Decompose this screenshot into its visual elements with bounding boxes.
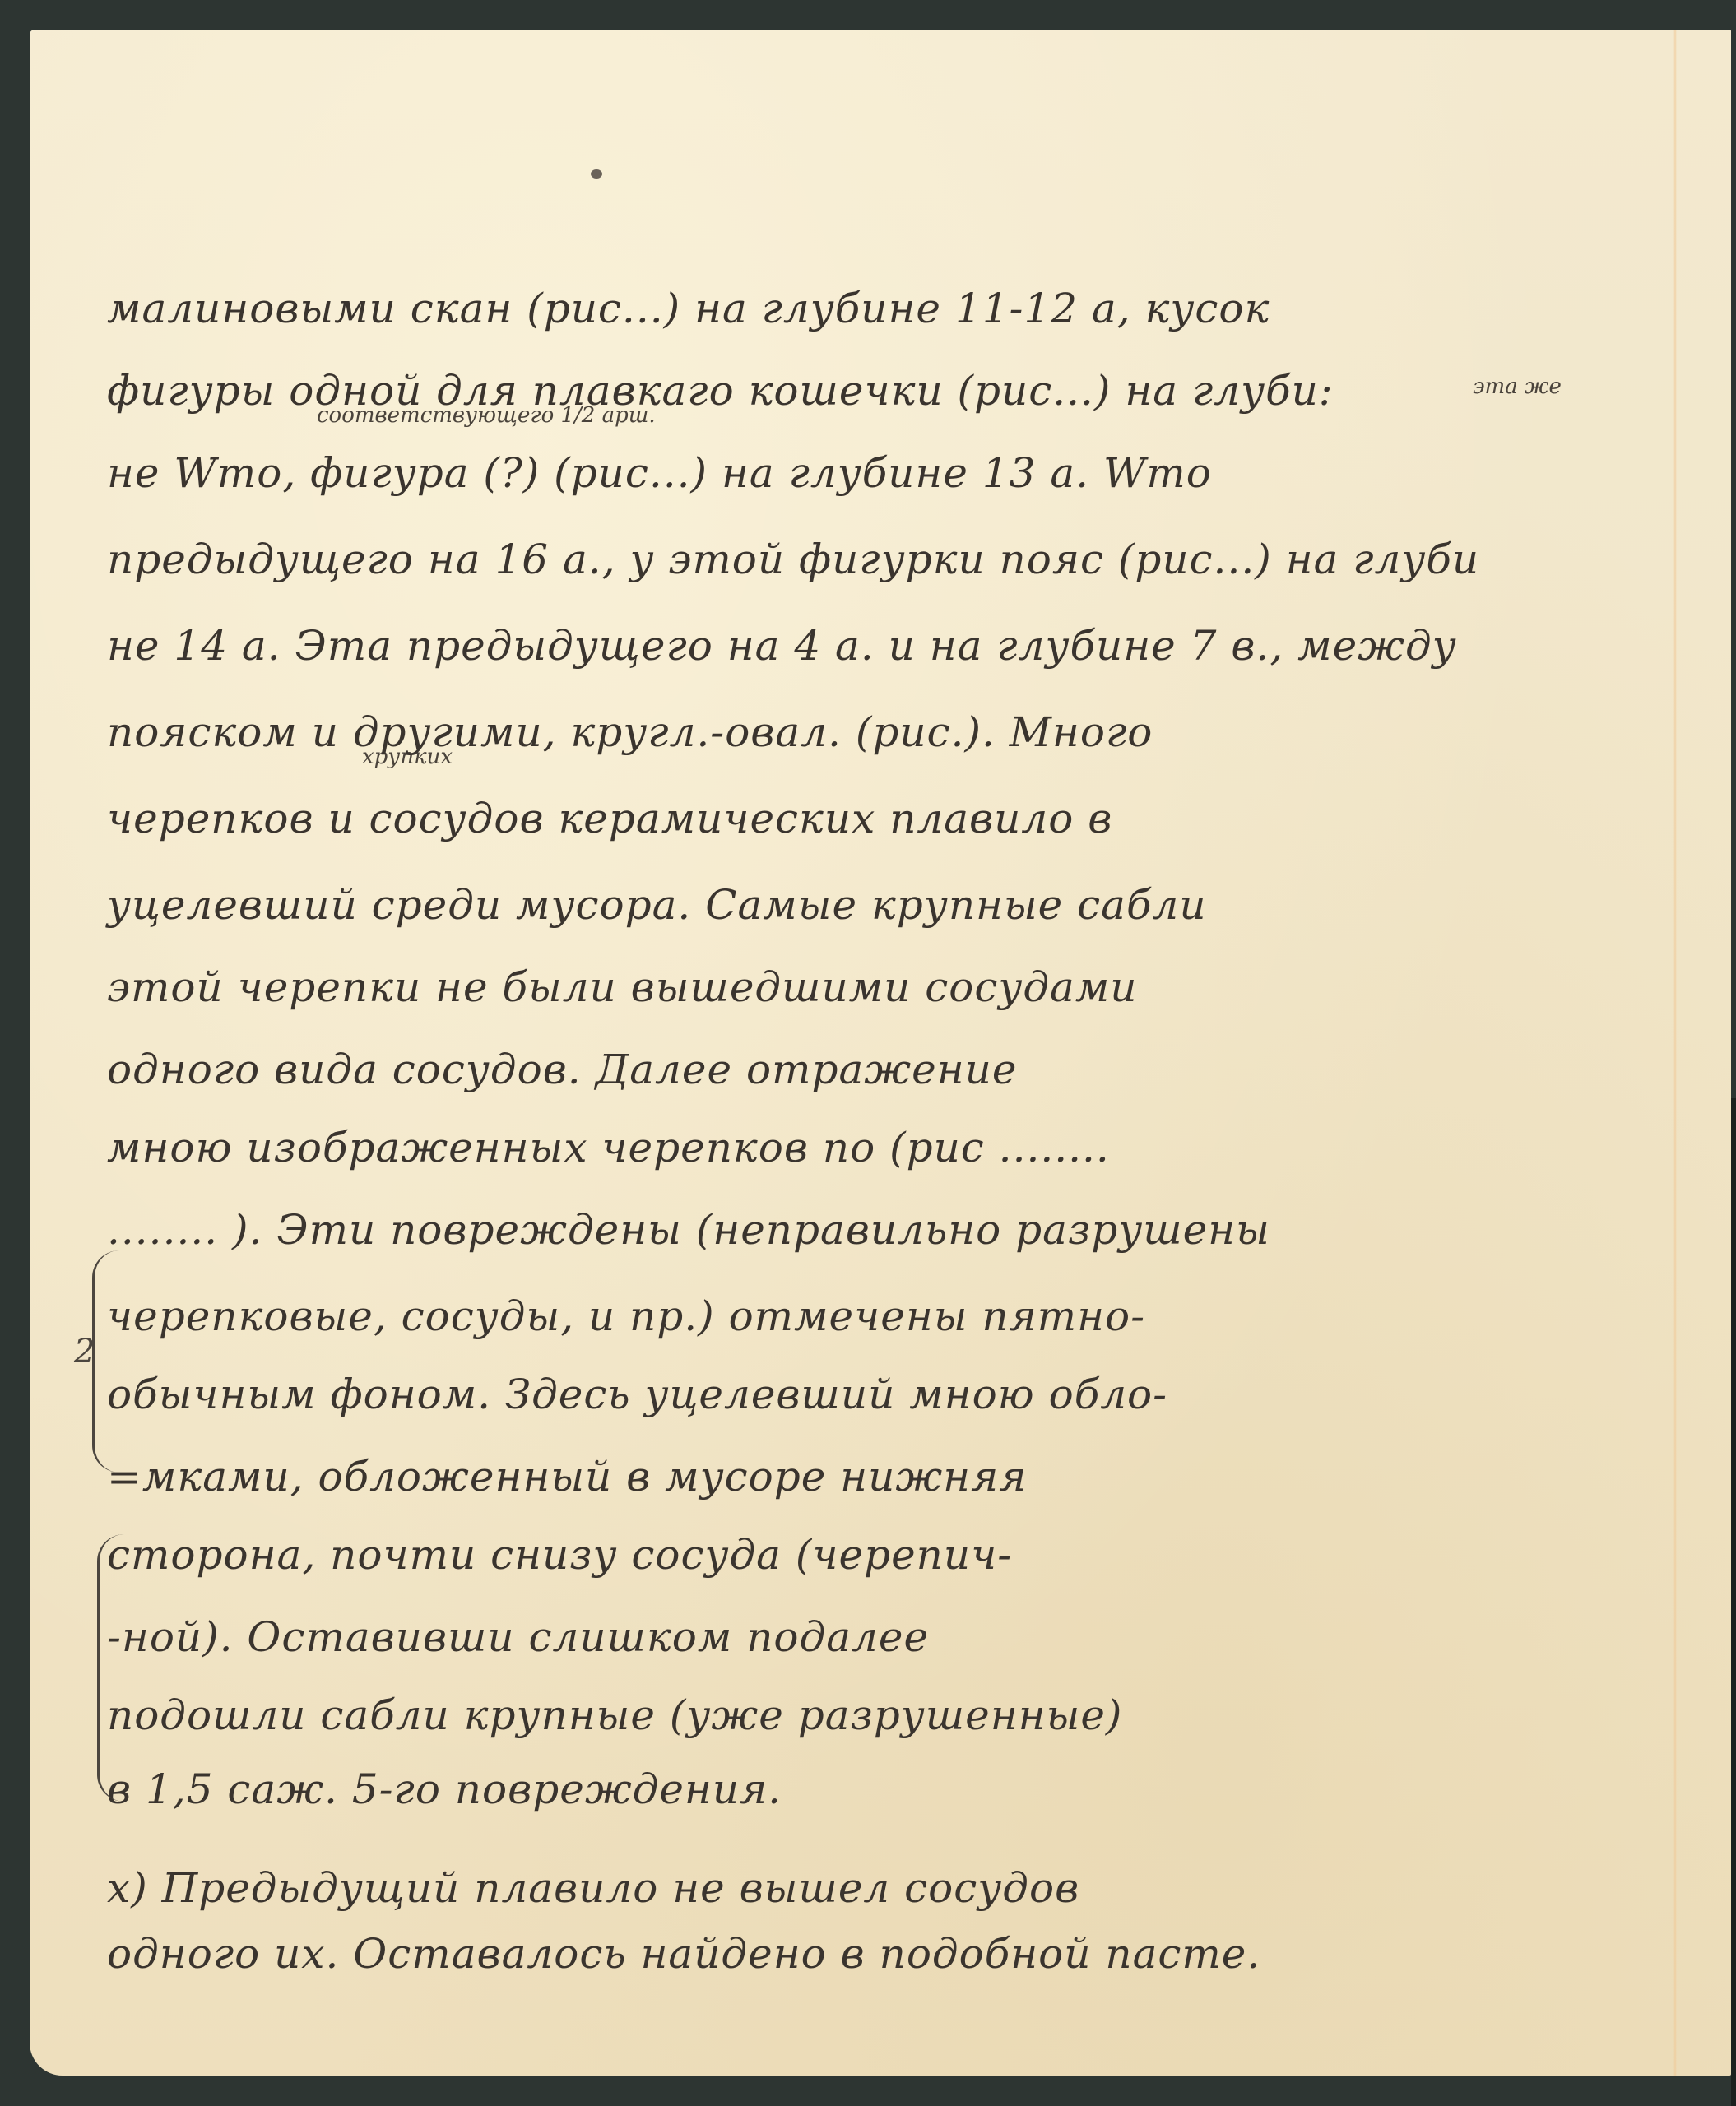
paper-fold-line xyxy=(1673,30,1677,2076)
manuscript-line: уцелевший среди мусора. Самые крупные са… xyxy=(107,880,1637,930)
manuscript-line: =мками, обложенный в мусоре нижняя xyxy=(107,1452,1637,1501)
manuscript-line: одного вида сосудов. Далее отражение xyxy=(107,1045,1637,1094)
manuscript-line: в 1,5 саж. 5-го повреждения. xyxy=(107,1765,1637,1814)
manuscript-line: обычным фоном. Здесь уцелевший мною обло… xyxy=(107,1370,1637,1419)
margin-bracket-label: 2 xyxy=(74,1333,95,1371)
manuscript-line: подошли сабли крупные (уже разрушенные) xyxy=(107,1691,1637,1740)
manuscript-line: мною изображенных черепков по (рис .....… xyxy=(107,1123,1637,1172)
page-edge-shadow xyxy=(1731,1098,1736,2106)
manuscript-footnote: одного их. Оставалось найдено в подобной… xyxy=(107,1929,1637,1978)
margin-bracket xyxy=(92,1250,119,1473)
manuscript-line: не Wто, фигура (?) (рис...) на глубине 1… xyxy=(107,448,1637,498)
manuscript-footnote: х) Предыдущий плавило не вышел сосудов xyxy=(107,1863,1637,1913)
manuscript-line: -ной). Оставивши слишком подалее xyxy=(107,1612,1637,1662)
manuscript-line: фигуры одной для плавкаго кошечки (рис..… xyxy=(107,366,1637,415)
ink-blot xyxy=(591,169,602,179)
manuscript-line: малиновыми скан (рис...) на глубине 11-1… xyxy=(107,284,1637,333)
manuscript-line: пояском и другими, кругл.-овал. (рис.). … xyxy=(107,707,1637,757)
manuscript-line: не 14 а. Эта предыдущего на 4 а. и на гл… xyxy=(107,621,1637,670)
manuscript-line: этой черепки не были вышедшими сосудами xyxy=(107,963,1637,1012)
manuscript-line: сторона, почти снизу сосуда (черепич- xyxy=(107,1530,1637,1579)
manuscript-line: черепковые, сосуды, и пр.) отмечены пятн… xyxy=(107,1292,1637,1341)
manuscript-line: ........ ). Эти повреждены (неправильно … xyxy=(107,1205,1637,1255)
manuscript-line: черепков и сосудов керамических плавило … xyxy=(107,794,1637,843)
margin-bracket xyxy=(97,1534,124,1802)
manuscript-line: предыдущего на 16 а., у этой фигурки поя… xyxy=(107,535,1637,584)
